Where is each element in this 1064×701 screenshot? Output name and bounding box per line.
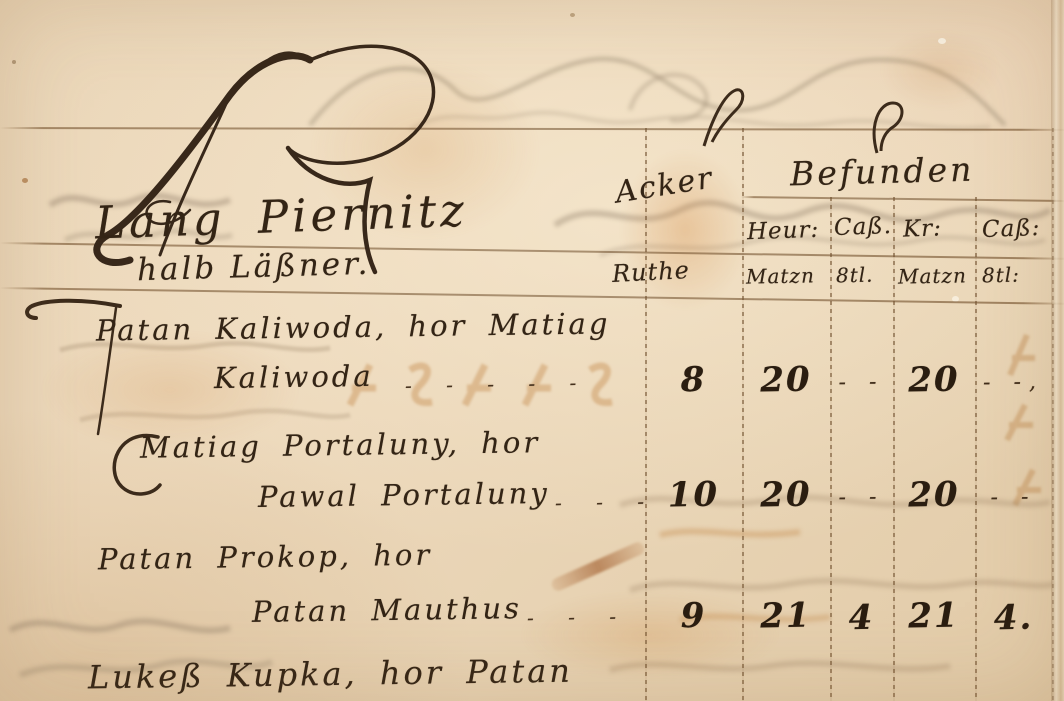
column-subheader-cass1: Caß. <box>834 213 893 241</box>
ink-speck-3 <box>570 13 575 17</box>
row2-kr-achtel-value: - - <box>975 484 1052 510</box>
rule-befunden-bottom <box>741 196 1064 202</box>
row3-kr-achtel-value: 4. <box>975 597 1053 638</box>
acker-swash <box>690 80 750 150</box>
column-subheader-cass2: Caß: <box>982 215 1041 243</box>
unit-header-matzn-2: Matzn <box>898 263 967 288</box>
manuscript-page: Lang Piernitz halb Läßner. Acker Ruthe B… <box>0 0 1064 701</box>
white-speck-1 <box>938 38 946 44</box>
page-subtitle: halb Läßner. <box>137 246 371 289</box>
unit-header-matzn-1: Matzn <box>746 263 815 288</box>
row1-heur-matzn-value: 20 <box>742 359 831 401</box>
unit-header-achtel-2: 8tl: <box>982 263 1020 288</box>
row2-entry-line: Pawal Portaluny <box>258 476 550 514</box>
ink-speck-1 <box>22 178 28 183</box>
row1-kr-achtel-value: - -, <box>975 369 1052 395</box>
row3-entry-line: Patan Mauthus <box>252 591 522 629</box>
ink-speck-2 <box>12 60 16 64</box>
rust-smear-diagonal <box>550 540 647 593</box>
row2-leader-dashes: - - - <box>555 489 658 515</box>
row1-leader-dashes: - - - - - <box>405 370 591 397</box>
row1-owner-line: Patan Kaliwoda, hor Matiag <box>96 306 611 347</box>
row2-owner-line: Matiag Portaluny, hor <box>140 425 541 465</box>
row1-heur-achtel-value: - - <box>830 369 893 395</box>
column-subheader-heur: Heur: <box>747 217 820 246</box>
befunden-swash <box>855 95 915 157</box>
column-group-header-befunden: Befunden <box>790 150 975 194</box>
row2-kr-matzn-value: 20 <box>893 474 976 515</box>
row3-kr-matzn-value: 21 <box>893 595 976 636</box>
row3-acker-value: 9 <box>645 595 743 637</box>
row3-owner-line: Patan Prokop, hor <box>98 538 433 577</box>
row2-heur-achtel-value: - - <box>830 484 893 510</box>
column-header-acker: Acker <box>613 160 716 210</box>
column-subheader-ruthe: Ruthe <box>611 256 690 288</box>
row2-acker-value: 10 <box>645 474 743 516</box>
unit-header-achtel-1: 8tl. <box>836 263 874 288</box>
column-subheader-kr: Kr: <box>903 215 943 242</box>
row1-kr-matzn-value: 20 <box>893 359 976 400</box>
row4-owner-line: Lukeß Kupka, hor Patan <box>88 652 573 697</box>
row3-heur-achtel-value: 4 <box>830 597 894 638</box>
row3-leader-dashes: - - - <box>527 604 630 630</box>
page-fore-edge <box>1051 0 1064 701</box>
row2-heur-matzn-value: 20 <box>742 474 831 516</box>
row1-acker-value: 8 <box>645 359 743 401</box>
row1-entry-line: Kaliwoda <box>214 359 374 395</box>
row3-heur-matzn-value: 21 <box>742 595 831 637</box>
